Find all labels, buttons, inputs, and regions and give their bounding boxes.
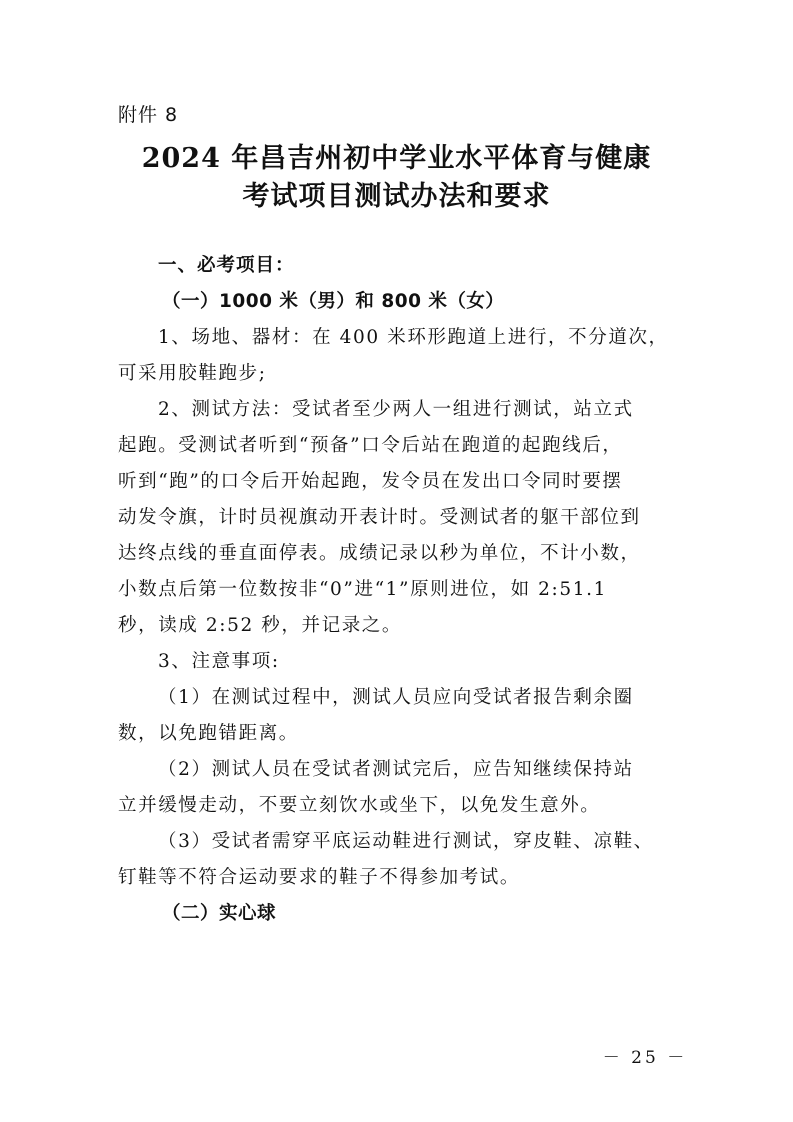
subsection-heading-medicine-ball: （二）实心球 — [118, 896, 683, 932]
document-body: 一、必考项目： （一）1000 米（男）和 800 米（女） 1、场地、器材：在… — [118, 248, 683, 932]
paragraph-line: 可采用胶鞋跑步; — [118, 356, 683, 392]
section-heading: 一、必考项目： — [118, 248, 683, 284]
paragraph-line: 3、注意事项: — [118, 644, 683, 680]
paragraph-line: 1、场地、器材：在 400 米环形跑道上进行，不分道次， — [118, 320, 683, 356]
paragraph-line: 立并缓慢走动，不要立刻饮水或坐下，以免发生意外。 — [118, 788, 683, 824]
paragraph-line: 达终点线的垂直面停表。成绩记录以秒为单位，不计小数， — [118, 536, 683, 572]
paragraph-line: （3）受试者需穿平底运动鞋进行测试，穿皮鞋、凉鞋、 — [118, 824, 683, 860]
document-page: 附件 8 2024 年昌吉州初中学业水平体育与健康 考试项目测试办法和要求 一、… — [0, 0, 793, 1122]
paragraph-line: 动发令旗，计时员视旗动开表计时。受测试者的躯干部位到 — [118, 500, 683, 536]
paragraph-line: 钉鞋等不符合运动要求的鞋子不得参加考试。 — [118, 860, 683, 896]
paragraph-line: 秒，读成 2:52 秒，并记录之。 — [118, 608, 683, 644]
page-number: － 25 － — [600, 1043, 690, 1068]
paragraph-line: 小数点后第一位数按非“0”进“1”原则进位，如 2:51.1 — [118, 572, 683, 608]
paragraph-line: 数，以免跑错距离。 — [118, 716, 683, 752]
attachment-label: 附件 8 — [118, 100, 178, 127]
paragraph-line: 2、测试方法：受试者至少两人一组进行测试，站立式 — [118, 392, 683, 428]
paragraph-line: （1）在测试过程中，测试人员应向受试者报告剩余圈 — [118, 680, 683, 716]
paragraph-line: 听到“跑”的口令后开始起跑，发令员在发出口令同时要摆 — [118, 464, 683, 500]
document-title-line-2: 考试项目测试办法和要求 — [0, 174, 793, 213]
paragraph-line: 起跑。受测试者听到“预备”口令后站在跑道的起跑线后， — [118, 428, 683, 464]
paragraph-line: （2）测试人员在受试者测试完后，应告知继续保持站 — [118, 752, 683, 788]
subsection-heading-running: （一）1000 米（男）和 800 米（女） — [118, 284, 683, 320]
document-title-line-1: 2024 年昌吉州初中学业水平体育与健康 — [0, 136, 793, 175]
